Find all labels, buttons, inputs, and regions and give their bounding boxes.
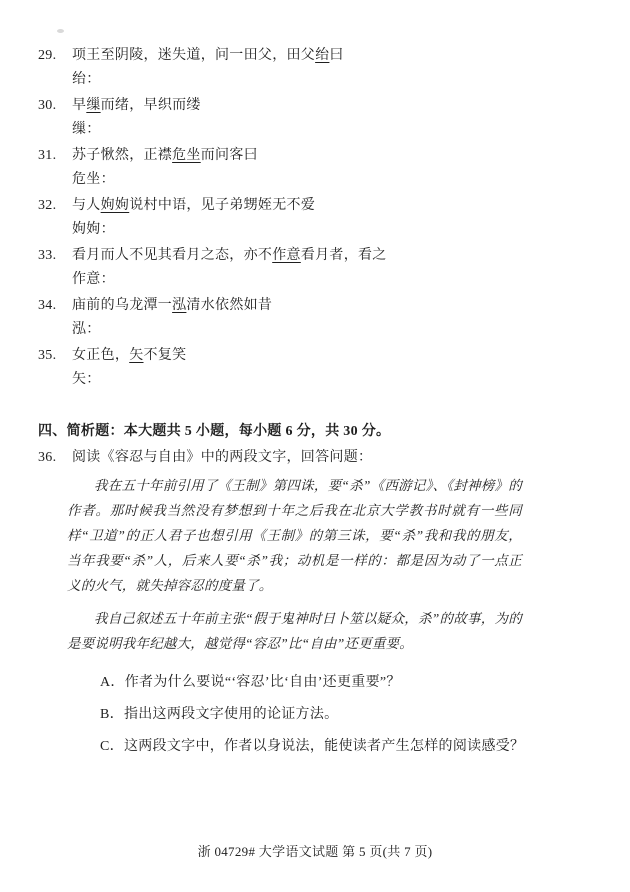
question-number: 35. xyxy=(38,344,72,368)
question-line: 33. 看月而人不见其看月之态，亦不作意看月者，看之 xyxy=(38,244,602,268)
sub-question-text: 这两段文字中，作者以身说法，能使读者产生怎样的阅读感受？ xyxy=(124,735,524,759)
sub-question-c: C． 这两段文字中，作者以身说法，能使读者产生怎样的阅读感受？ xyxy=(100,735,602,759)
question-item-30: 30. 早缫而绪，早织而缕 缫： xyxy=(38,94,602,142)
exam-page: 29. 项王至阴陵，迷失道，问一田父，田父绐曰 绐： 30. 早缫而绪，早织而缕… xyxy=(0,0,630,892)
sentence-pre: 庙前的乌龙潭一 xyxy=(72,298,172,313)
underlined-term: 矢 xyxy=(129,348,143,363)
question-number: 36. xyxy=(38,446,72,470)
sub-question-a: A． 作者为什么要说“‘容忍’比‘自由’还更重要”？ xyxy=(100,671,602,695)
sentence-post: 清水依然如昔 xyxy=(186,298,272,313)
scan-smudge xyxy=(57,29,64,33)
sentence-pre: 苏子愀然，正襟 xyxy=(72,148,172,163)
question-item-35: 35. 女正色，矢不复笑 矢： xyxy=(38,344,602,392)
question-number: 33. xyxy=(38,244,72,268)
underlined-term: 泓 xyxy=(172,298,186,313)
sentence-pre: 项王至阴陵，迷失道，问一田父，田父 xyxy=(72,48,315,63)
reading-passage-paragraph-1: 我在五十年前引用了《王制》第四诛，要“杀”《西游记》、《封神榜》的作者。那时候我… xyxy=(67,473,522,598)
question-sentence: 女正色，矢不复笑 xyxy=(72,344,186,368)
sentence-post: 看月者，看之 xyxy=(301,248,387,263)
question-number: 30. xyxy=(38,94,72,118)
question-item-29: 29. 项王至阴陵，迷失道，问一田父，田父绐曰 绐： xyxy=(38,44,602,92)
sentence-post: 曰 xyxy=(329,48,343,63)
sentence-post: 而问客曰 xyxy=(201,148,258,163)
sentence-post: 而绪，早织而缕 xyxy=(101,98,201,113)
underlined-term: 缫 xyxy=(86,98,100,113)
question-line: 29. 项王至阴陵，迷失道，问一田父，田父绐曰 xyxy=(38,44,602,68)
sub-question-label: B． xyxy=(100,703,124,727)
answer-label: 缫： xyxy=(72,118,602,142)
question-sentence: 看月而人不见其看月之态，亦不作意看月者，看之 xyxy=(72,244,387,268)
question-line: 34. 庙前的乌龙潭一泓清水依然如昔 xyxy=(38,294,602,318)
question-sentence: 项王至阴陵，迷失道，问一田父，田父绐曰 xyxy=(72,44,344,68)
answer-label: 危坐： xyxy=(72,168,602,192)
question-line: 36. 阅读《容忍与自由》中的两段文字，回答问题： xyxy=(38,446,602,470)
sentence-post: 说村中语，见子弟甥姪无不爱 xyxy=(129,198,315,213)
page-footer: 浙 04729# 大学语文试题 第 5 页(共 7 页) xyxy=(0,841,630,860)
question-sentence: 与人姁姁说村中语，见子弟甥姪无不爱 xyxy=(72,194,315,218)
question-number: 34. xyxy=(38,294,72,318)
exam-content: 29. 项王至阴陵，迷失道，问一田父，田父绐曰 绐： 30. 早缫而绪，早织而缕… xyxy=(38,44,602,759)
sub-question-label: A． xyxy=(100,671,125,695)
underlined-term: 危坐 xyxy=(172,148,201,163)
question-item-36: 36. 阅读《容忍与自由》中的两段文字，回答问题： 我在五十年前引用了《王制》第… xyxy=(38,446,602,759)
question-item-31: 31. 苏子愀然，正襟危坐而问客曰 危坐： xyxy=(38,144,602,192)
question-item-33: 33. 看月而人不见其看月之态，亦不作意看月者，看之 作意： xyxy=(38,244,602,292)
section-heading: 四、简析题：本大题共 5 小题，每小题 6 分，共 30 分。 xyxy=(38,420,602,444)
sub-question-text: 作者为什么要说“‘容忍’比‘自由’还更重要”？ xyxy=(125,671,401,695)
question-item-34: 34. 庙前的乌龙潭一泓清水依然如昔 泓： xyxy=(38,294,602,342)
question-number: 32. xyxy=(38,194,72,218)
underlined-term: 姁姁 xyxy=(101,198,130,213)
word-explanation-questions: 29. 项王至阴陵，迷失道，问一田父，田父绐曰 绐： 30. 早缫而绪，早织而缕… xyxy=(38,44,602,392)
question-line: 30. 早缫而绪，早织而缕 xyxy=(38,94,602,118)
answer-label: 矢： xyxy=(72,368,602,392)
question-line: 35. 女正色，矢不复笑 xyxy=(38,344,602,368)
sentence-pre: 看月而人不见其看月之态，亦不 xyxy=(72,248,272,263)
underlined-term: 作意 xyxy=(272,248,301,263)
question-sentence: 庙前的乌龙潭一泓清水依然如昔 xyxy=(72,294,272,318)
sentence-pre: 早 xyxy=(72,98,86,113)
answer-label: 泓： xyxy=(72,318,602,342)
question-line: 32. 与人姁姁说村中语，见子弟甥姪无不爱 xyxy=(38,194,602,218)
reading-passage-paragraph-2: 我自己叙述五十年前主张“假于鬼神时日卜筮以疑众，杀”的故事，为的是要说明我年纪越… xyxy=(67,606,522,656)
answer-label: 作意： xyxy=(72,268,602,292)
question-number: 31. xyxy=(38,144,72,168)
answer-label: 绐： xyxy=(72,68,602,92)
sentence-pre: 与人 xyxy=(72,198,101,213)
answer-label: 姁姁： xyxy=(72,218,602,242)
sentence-post: 不复笑 xyxy=(144,348,187,363)
question-sentence: 苏子愀然，正襟危坐而问客曰 xyxy=(72,144,258,168)
sub-question-label: C． xyxy=(100,735,124,759)
question-prompt: 阅读《容忍与自由》中的两段文字，回答问题： xyxy=(72,446,372,470)
question-item-32: 32. 与人姁姁说村中语，见子弟甥姪无不爱 姁姁： xyxy=(38,194,602,242)
sentence-pre: 女正色， xyxy=(72,348,129,363)
underlined-term: 绐 xyxy=(315,48,329,63)
sub-question-b: B． 指出这两段文字使用的论证方法。 xyxy=(100,703,602,727)
sub-question-text: 指出这两段文字使用的论证方法。 xyxy=(124,703,339,727)
question-sentence: 早缫而绪，早织而缕 xyxy=(72,94,201,118)
question-line: 31. 苏子愀然，正襟危坐而问客曰 xyxy=(38,144,602,168)
question-number: 29. xyxy=(38,44,72,68)
